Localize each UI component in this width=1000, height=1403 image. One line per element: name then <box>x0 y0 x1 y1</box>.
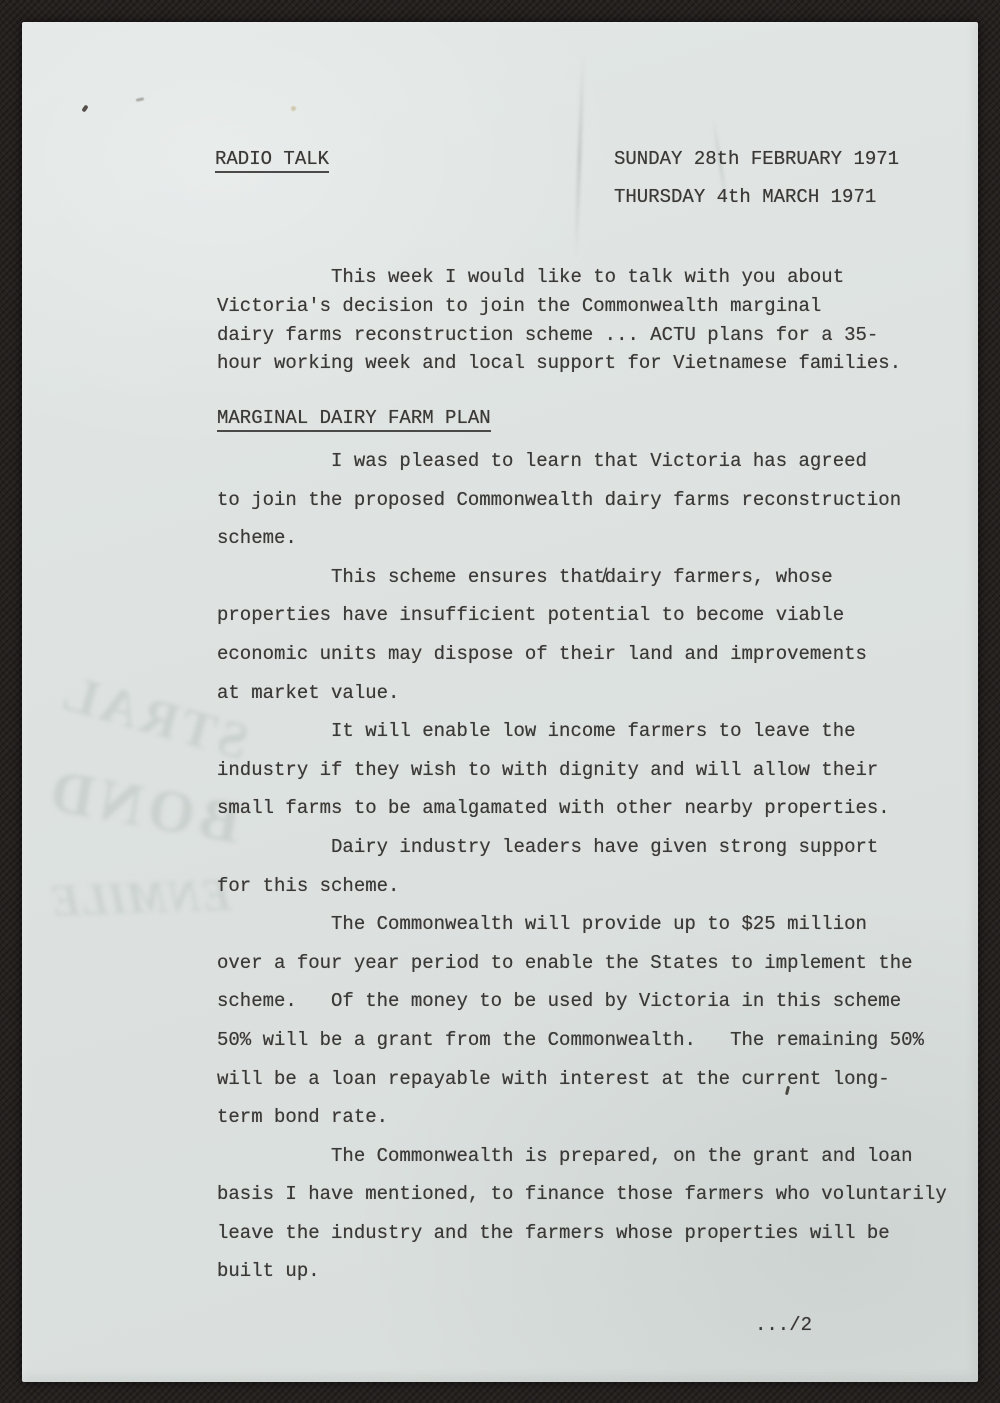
text-line: small farms to be amalgamated with other… <box>217 789 947 828</box>
text-line: I was pleased to learn that Victoria has… <box>217 442 947 481</box>
text-line: The Commonwealth will provide up to $25 … <box>217 905 947 944</box>
paper-stain <box>291 106 296 111</box>
paper-crease <box>574 54 584 259</box>
bleed-through-line: ENMILE <box>1 868 233 929</box>
ink-speck <box>81 104 88 112</box>
text-line: industry if they wish to with dignity an… <box>217 751 947 790</box>
text-line: leave the industry and the farmers whose… <box>217 1214 947 1253</box>
intro-paragraph: This week I would like to talk with you … <box>217 263 901 378</box>
text-line: at market value. <box>217 674 947 713</box>
page-number: .../2 <box>755 1314 812 1336</box>
text-line: scheme. Of the money to be used by Victo… <box>217 982 947 1021</box>
broadcast-date-sunday: SUNDAY 28th FEBRUARY 1971 <box>614 148 899 170</box>
text-line: This week I would like to talk with you … <box>217 263 901 292</box>
text-line: hour working week and local support for … <box>217 349 901 378</box>
broadcast-date-thursday: THURSDAY 4th MARCH 1971 <box>614 186 876 208</box>
text-line: Dairy industry leaders have given strong… <box>217 828 947 867</box>
ink-speck <box>136 97 144 102</box>
text-line: term bond rate. <box>217 1098 947 1137</box>
text-line: over a four year period to enable the St… <box>217 944 947 983</box>
section-heading: MARGINAL DAIRY FARM PLAN <box>217 407 491 432</box>
text-line: for this scheme. <box>217 867 947 906</box>
text-line: This scheme ensures that̸dairy farmers, … <box>217 558 947 597</box>
bleed-through-line: BOND <box>7 750 245 858</box>
bleed-through-text: STRAL BOND ENMILE <box>0 671 254 1023</box>
text-line: scheme. <box>217 519 947 558</box>
document-page: STRAL BOND ENMILE RADIO TALK SUNDAY 28th… <box>22 22 978 1382</box>
text-line: 50% will be a grant from the Commonwealt… <box>217 1021 947 1060</box>
scan-background: STRAL BOND ENMILE RADIO TALK SUNDAY 28th… <box>0 0 1000 1403</box>
document-title: RADIO TALK <box>215 148 329 173</box>
text-line: to join the proposed Commonwealth dairy … <box>217 481 947 520</box>
text-line: The Commonwealth is prepared, on the gra… <box>217 1137 947 1176</box>
text-line: dairy farms reconstruction scheme ... AC… <box>217 321 901 350</box>
text-line: Victoria's decision to join the Commonwe… <box>217 292 901 321</box>
text-line: will be a loan repayable with interest a… <box>217 1060 947 1099</box>
body-text: I was pleased to learn that Victoria has… <box>217 442 947 1291</box>
text-line: basis I have mentioned, to finance those… <box>217 1175 947 1214</box>
text-line: economic units may dispose of their land… <box>217 635 947 674</box>
text-line: built up. <box>217 1252 947 1291</box>
text-line: It will enable low income farmers to lea… <box>217 712 947 751</box>
text-line: properties have insufficient potential t… <box>217 596 947 635</box>
